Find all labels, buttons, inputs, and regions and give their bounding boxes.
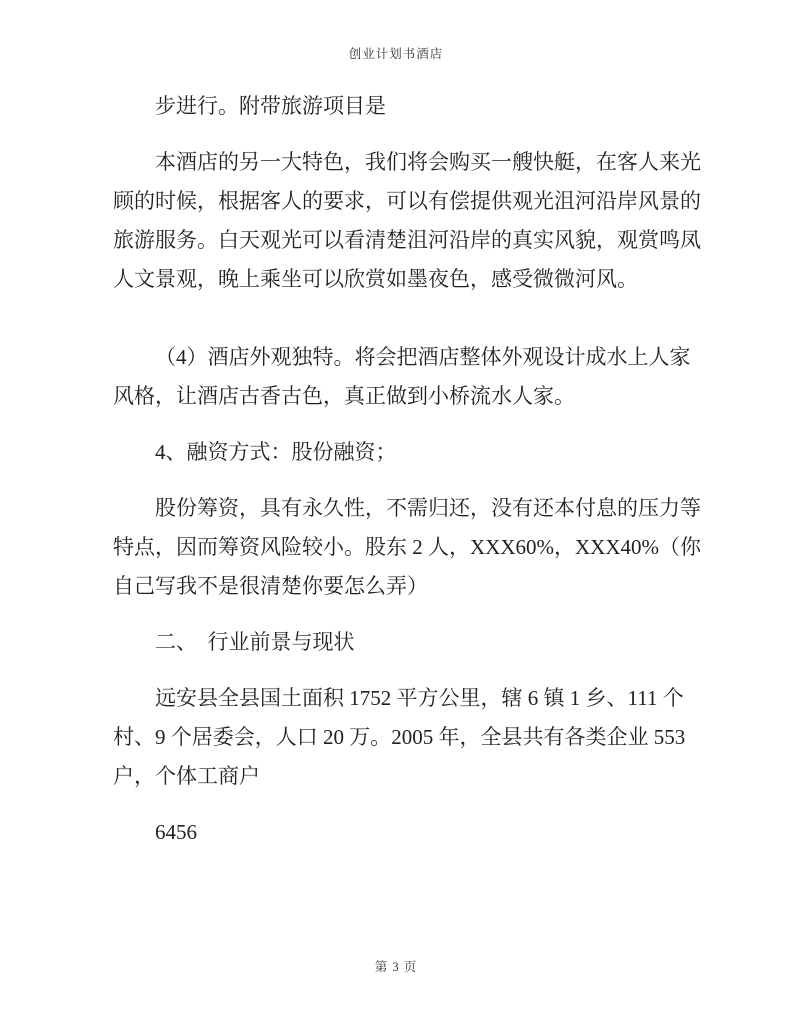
page-header-title: 创业计划书酒店 (0, 44, 792, 62)
document-page: 创业计划书酒店 步进行。附带旅游项目是本酒店的另一大特色，我们将会购买一艘快艇，… (0, 0, 792, 1025)
paragraph: 6456 (113, 813, 701, 852)
paragraph: 本酒店的另一大特色，我们将会购买一艘快艇，在客人来光顾的时候，根据客人的要求，可… (113, 143, 701, 299)
paragraph: 股份筹资，具有永久性，不需归还，没有还本付息的压力等特点，因而筹资风险较小。股东… (113, 489, 701, 606)
paragraph: （4）酒店外观独特。将会把酒店整体外观设计成水上人家风格，让酒店古香古色，真正做… (113, 338, 701, 416)
paragraph: 步进行。附带旅游项目是 (113, 87, 701, 126)
page-footer-page-number: 第 3 页 (0, 957, 792, 975)
paragraph: 4、融资方式：股份融资； (113, 433, 701, 472)
document-body: 步进行。附带旅游项目是本酒店的另一大特色，我们将会购买一艘快艇，在客人来光顾的时… (113, 87, 701, 869)
paragraph: 远安县全县国土面积 1752 平方公里，辖 6 镇 1 乡、111 个村、9 个… (113, 679, 701, 796)
paragraph: 二、 行业前景与现状 (113, 623, 701, 662)
